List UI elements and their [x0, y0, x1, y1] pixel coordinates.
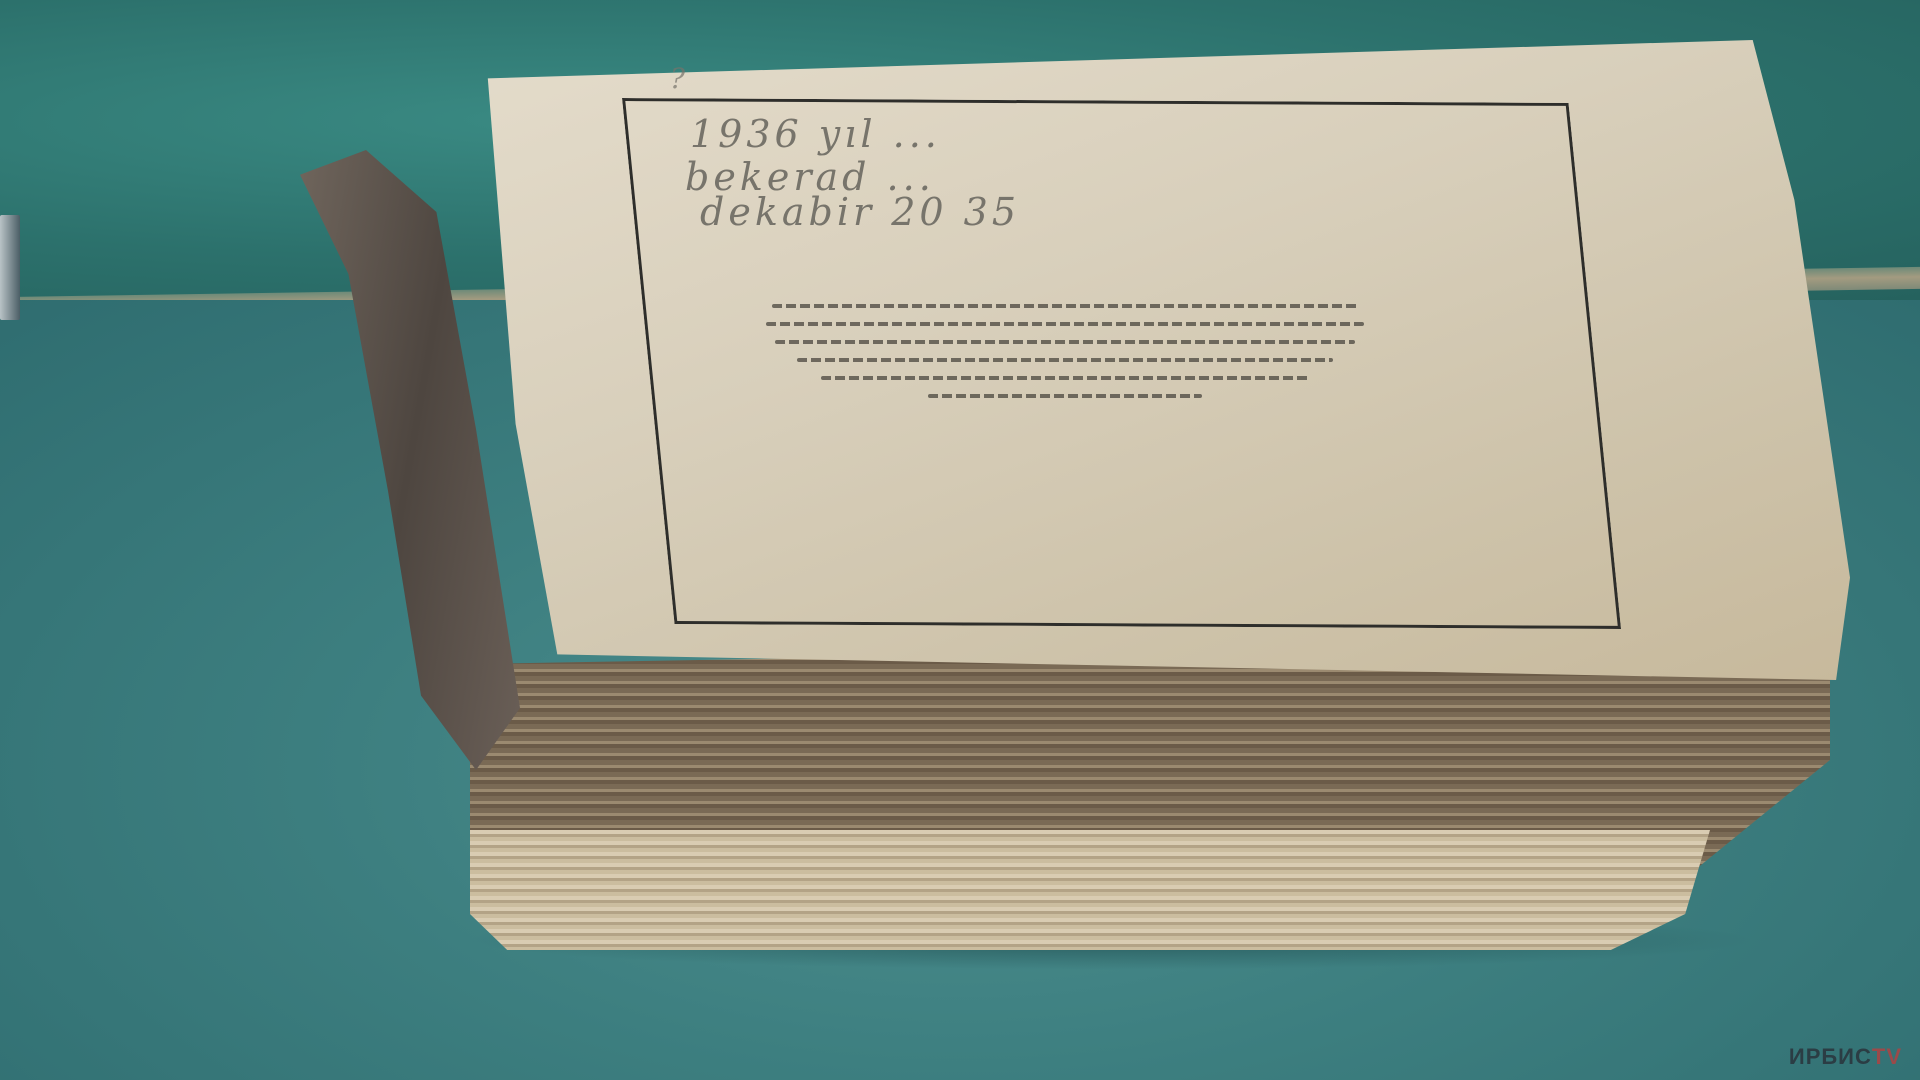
page-block-bottom	[470, 830, 1710, 950]
old-book: ? 1936 yıl ... bekerad ... dekabir 20 35	[0, 0, 1920, 1080]
watermark-text-irbis: ИРБИС	[1789, 1044, 1872, 1069]
handwritten-line-1: 1936 yıl ...	[690, 112, 941, 156]
leather-spine	[300, 150, 520, 770]
watermark-text-tv: TV	[1872, 1044, 1902, 1069]
handwritten-line-3: dekabir 20 35	[700, 190, 1020, 234]
channel-watermark: ИРБИСTV	[1789, 1044, 1902, 1070]
printed-arabic-colophon	[760, 290, 1370, 398]
handwritten-top-line: ?	[670, 62, 689, 95]
